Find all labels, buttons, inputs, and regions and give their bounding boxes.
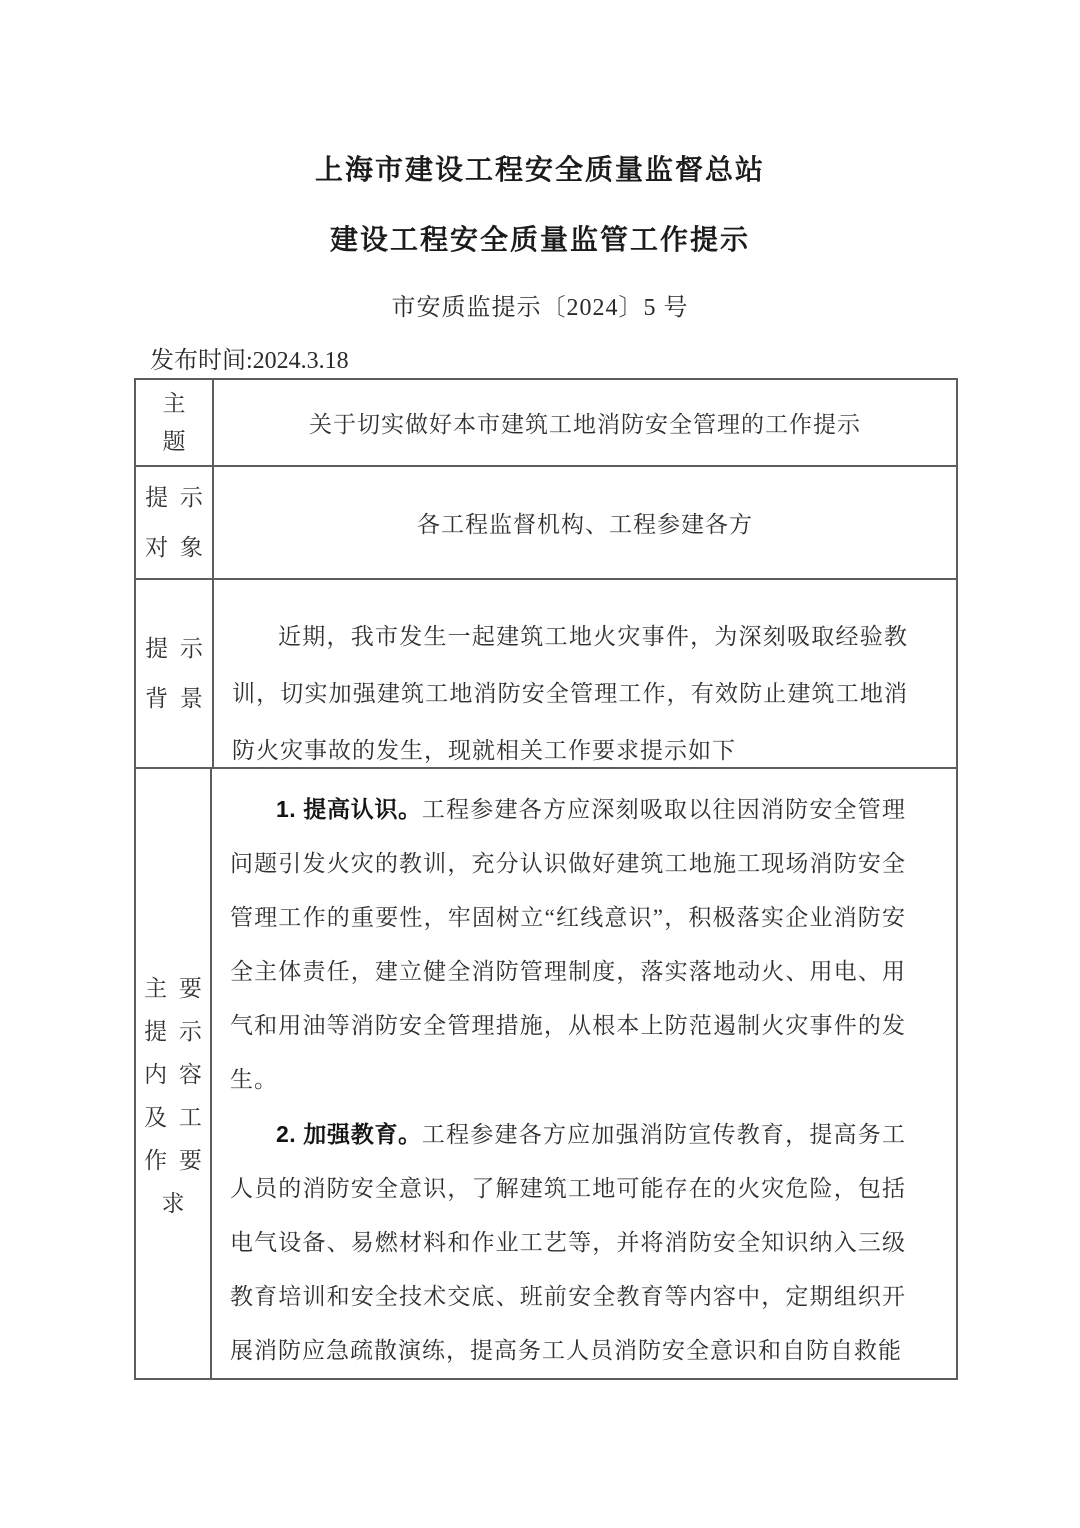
org-title: 上海市建设工程安全质量监督总站 (0, 0, 1080, 187)
paragraph-2-text: 工程参建各方应加强消防宣传教育，提高务工人员的消防安全意识，了解建筑工地可能存在… (230, 1122, 906, 1363)
label-line: 内 容 (144, 1053, 202, 1096)
audience-content: 各工程监督机构、工程参建各方 (214, 467, 956, 578)
paragraph-1-text: 工程参建各方应深刻吸取以往因消防安全管理问题引发火灾的教训，充分认识做好建筑工地… (230, 797, 906, 1092)
doc-number: 市安质监提示〔2024〕5 号 (0, 294, 1080, 322)
paragraph-2-lead: 2. 加强教育。 (276, 1121, 422, 1147)
table-row-background: 提 示 背 景 近期，我市发生一起建筑工地火灾事件，为深刻吸取经验教训，切实加强… (136, 578, 956, 767)
label-line: 对 象 (145, 523, 203, 573)
table-row-subject: 主 题 关于切实做好本市建筑工地消防安全管理的工作提示 (136, 380, 956, 465)
page: 上海市建设工程安全质量监督总站 建设工程安全质量监管工作提示 市安质监提示〔20… (0, 0, 1080, 1528)
paragraph-2: 2. 加强教育。工程参建各方应加强消防宣传教育，提高务工人员的消防安全意识，了解… (230, 1107, 906, 1378)
label-line: 主 (163, 385, 186, 423)
subject-label: 主 题 (136, 380, 214, 465)
label-line: 主 要 (144, 967, 202, 1010)
table-row-audience: 提 示 对 象 各工程监督机构、工程参建各方 (136, 465, 956, 578)
main-content-label: 主 要 提 示 内 容 及 工 作 要 求 (136, 769, 212, 1378)
background-label: 提 示 背 景 (136, 580, 214, 767)
label-line: 作 要 (144, 1139, 202, 1182)
table-row-main-content: 主 要 提 示 内 容 及 工 作 要 求 1. 提高认识。工程参建各方应深刻吸… (136, 767, 956, 1378)
background-content: 近期，我市发生一起建筑工地火灾事件，为深刻吸取经验教训，切实加强建筑工地消防安全… (214, 580, 956, 767)
label-line: 求 (162, 1182, 185, 1225)
audience-label: 提 示 对 象 (136, 467, 214, 578)
label-line: 题 (163, 423, 186, 461)
subject-content: 关于切实做好本市建筑工地消防安全管理的工作提示 (214, 380, 956, 465)
label-line: 提 示 (144, 1010, 202, 1053)
label-line: 提 示 (145, 624, 203, 674)
paragraph-1: 1. 提高认识。工程参建各方应深刻吸取以往因消防安全管理问题引发火灾的教训，充分… (230, 782, 906, 1107)
doc-title: 建设工程安全质量监管工作提示 (0, 225, 1080, 257)
paragraph-1-lead: 1. 提高认识。 (276, 796, 422, 822)
label-line: 背 景 (145, 674, 203, 724)
background-paragraph: 近期，我市发生一起建筑工地火灾事件，为深刻吸取经验教训，切实加强建筑工地消防安全… (232, 608, 908, 767)
main-content-body: 1. 提高认识。工程参建各方应深刻吸取以往因消防安全管理问题引发火灾的教训，充分… (212, 769, 956, 1378)
label-line: 及 工 (144, 1096, 202, 1139)
publish-date: 发布时间:2024.3.18 (150, 348, 1080, 375)
notice-table: 主 题 关于切实做好本市建筑工地消防安全管理的工作提示 提 示 对 象 各工程监… (134, 378, 958, 1380)
label-line: 提 示 (145, 473, 203, 523)
